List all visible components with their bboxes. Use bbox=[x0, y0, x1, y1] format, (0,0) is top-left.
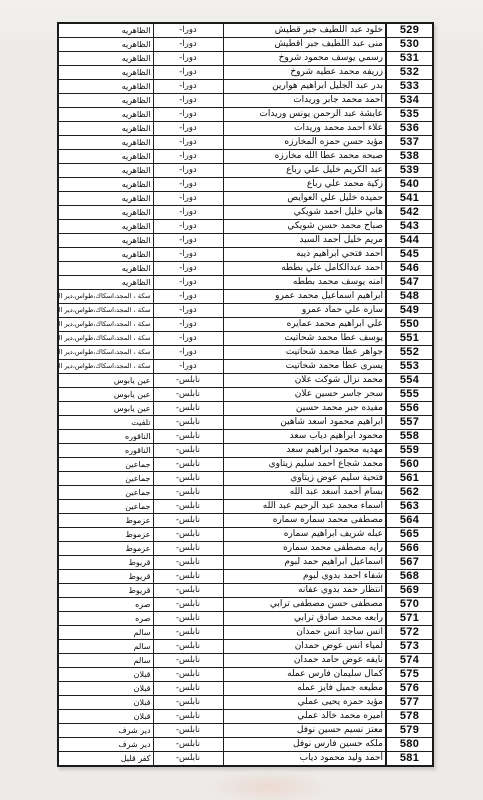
village-cell: سالم bbox=[58, 626, 153, 640]
person-name-cell: نايفه عوض حامد حمدان bbox=[223, 654, 386, 668]
village-cell: الظاهريه bbox=[58, 248, 153, 262]
person-name-cell: أحمد عبدالكامل علي بططه bbox=[223, 262, 386, 276]
city-cell: دورا- bbox=[153, 94, 223, 108]
row-number-cell: 562 bbox=[386, 486, 433, 500]
village-cell: الظاهريه bbox=[58, 52, 153, 66]
city-cell: نابلس- bbox=[153, 598, 223, 612]
person-name-cell: اسماء محمد عبد الرحيم عبد الله bbox=[223, 500, 386, 514]
table-row: الظاهريهدورا-حميده خليل علي العوايص541 bbox=[58, 192, 433, 206]
village-cell: الظاهريه bbox=[58, 38, 153, 52]
row-number-cell: 561 bbox=[386, 472, 433, 486]
village-cell: جماعين bbox=[58, 472, 153, 486]
village-cell: الظاهريه bbox=[58, 94, 153, 108]
village-cell: قريوط bbox=[58, 570, 153, 584]
table-row: دير شرفنابلس-ملكه حسين فارس نوفل580 bbox=[58, 738, 433, 752]
row-number-cell: 548 bbox=[386, 290, 433, 304]
table-row: سكة ، المجد،اسكاك،طواس،دير العسلدورا-سار… bbox=[58, 304, 433, 318]
row-number-cell: 538 bbox=[386, 150, 433, 164]
row-number-cell: 549 bbox=[386, 304, 433, 318]
person-name-cell: فتحية سليم عوض زيتاوي bbox=[223, 472, 386, 486]
person-name-cell: مؤيد حمزه يحيى عملي bbox=[223, 696, 386, 710]
city-cell: دورا- bbox=[153, 122, 223, 136]
row-number-cell: 555 bbox=[386, 388, 433, 402]
table-row: سالمنابلس-نايفه عوض حامد حمدان574 bbox=[58, 654, 433, 668]
city-cell: دورا- bbox=[153, 80, 223, 94]
village-cell: دير شرف bbox=[58, 738, 153, 752]
person-name-cell: عايشة عبد الرحمن يونس وريدات bbox=[223, 108, 386, 122]
table-row: الظاهريهدورا-مؤيد حسن حمزه المخارزه537 bbox=[58, 136, 433, 150]
table-row: سكة ، المجد،اسكاك،طواس،دير العسلدورا-علي… bbox=[58, 318, 433, 332]
village-cell: سكة ، المجد،اسكاك،طواس،دير العسل bbox=[58, 346, 153, 360]
person-name-cell: شفاء احمد بدوي لبوم bbox=[223, 570, 386, 584]
city-cell: نابلس- bbox=[153, 528, 223, 542]
table-row: الظاهريهدورا-أحمد فتحي ابراهيم ذيبه545 bbox=[58, 248, 433, 262]
village-cell: سكة ، المجد،اسكاك،طواس،دير العسل bbox=[58, 304, 153, 318]
row-number-cell: 557 bbox=[386, 416, 433, 430]
table-row: سالمنابلس-انس ساجد انس حمدان572 bbox=[58, 626, 433, 640]
village-cell: قبلان bbox=[58, 696, 153, 710]
table-row: قبلاننابلس-مطيعه جميل فايز عمله576 bbox=[58, 682, 433, 696]
person-name-cell: بدر عبد الجليل ابراهيم هوارين bbox=[223, 80, 386, 94]
village-cell: قبلان bbox=[58, 682, 153, 696]
person-name-cell: يوسف عطا محمد شحاتيت bbox=[223, 332, 386, 346]
person-name-cell: لمياء انس عوض حمدان bbox=[223, 640, 386, 654]
city-cell: دورا- bbox=[153, 66, 223, 80]
person-name-cell: أحمد وليد محمود دياب bbox=[223, 752, 386, 767]
table-row: الظاهريهدورا-خلود عبد اللطيف جبر قطيش529 bbox=[58, 23, 433, 38]
row-number-cell: 581 bbox=[386, 752, 433, 767]
village-cell: الظاهريه bbox=[58, 276, 153, 290]
city-cell: دورا- bbox=[153, 164, 223, 178]
person-name-cell: محمد شجاع احمد سليم زيتاوي bbox=[223, 458, 386, 472]
city-cell: نابلس- bbox=[153, 570, 223, 584]
row-number-cell: 542 bbox=[386, 206, 433, 220]
person-name-cell: خلود عبد اللطيف جبر قطيش bbox=[223, 23, 386, 38]
city-cell: نابلس- bbox=[153, 430, 223, 444]
city-cell: نابلس- bbox=[153, 654, 223, 668]
row-number-cell: 574 bbox=[386, 654, 433, 668]
table-row: عين يابوسنابلس-سحر جاسر حسين علان555 bbox=[58, 388, 433, 402]
person-name-cell: مريم خليل أحمد السيد bbox=[223, 234, 386, 248]
table-row: عزموطنابلس-رايه مصطفى محمد سماره566 bbox=[58, 542, 433, 556]
person-name-cell: يسرى عطا محمد شحاتيت bbox=[223, 360, 386, 374]
row-number-cell: 571 bbox=[386, 612, 433, 626]
person-name-cell: مطيعه جميل فايز عمله bbox=[223, 682, 386, 696]
table-row: جماعيننابلس-اسماء محمد عبد الرحيم عبد ال… bbox=[58, 500, 433, 514]
village-cell: الظاهريه bbox=[58, 122, 153, 136]
city-cell: نابلس- bbox=[153, 500, 223, 514]
city-cell: نابلس- bbox=[153, 542, 223, 556]
row-number-cell: 531 bbox=[386, 52, 433, 66]
row-number-cell: 530 bbox=[386, 38, 433, 52]
table-row: عين يابوسنابلس-محمد نزال شوكت علان554 bbox=[58, 374, 433, 388]
village-cell: كفر قليل bbox=[58, 752, 153, 767]
row-number-cell: 573 bbox=[386, 640, 433, 654]
village-cell: الظاهريه bbox=[58, 136, 153, 150]
person-name-cell: انس ساجد انس حمدان bbox=[223, 626, 386, 640]
village-cell: عزموط bbox=[58, 514, 153, 528]
table-row: قريوطنابلس-انتظار حمد بدوي عفانه569 bbox=[58, 584, 433, 598]
row-number-cell: 547 bbox=[386, 276, 433, 290]
village-cell: جماعين bbox=[58, 486, 153, 500]
village-cell: الظاهريه bbox=[58, 262, 153, 276]
table-row: سكة ، المجد،اسكاك،طواس،دير العسلدورا-يسر… bbox=[58, 360, 433, 374]
row-number-cell: 559 bbox=[386, 444, 433, 458]
names-list-table: الظاهريهدورا-خلود عبد اللطيف جبر قطيش529… bbox=[57, 22, 434, 767]
city-cell: دورا- bbox=[153, 206, 223, 220]
village-cell: الظاهريه bbox=[58, 220, 153, 234]
city-cell: نابلس- bbox=[153, 724, 223, 738]
city-cell: دورا- bbox=[153, 52, 223, 66]
table-row: الظاهريهدورا-أحمد عبدالكامل علي بططه546 bbox=[58, 262, 433, 276]
person-name-cell: محمود ابراهيم دياب سعد bbox=[223, 430, 386, 444]
person-name-cell: عبله شريف ابراهيم سماره bbox=[223, 528, 386, 542]
person-name-cell: بسام أحمد أسعد عبد الله bbox=[223, 486, 386, 500]
row-number-cell: 560 bbox=[386, 458, 433, 472]
city-cell: نابلس- bbox=[153, 696, 223, 710]
table-row: الظاهريهدورا-هاني خليل احمد شويكي542 bbox=[58, 206, 433, 220]
city-cell: نابلس- bbox=[153, 514, 223, 528]
person-name-cell: ملكه حسين فارس نوفل bbox=[223, 738, 386, 752]
table-row: الظاهريهدورا-منى عبد اللطيف جبر اقطيش530 bbox=[58, 38, 433, 52]
row-number-cell: 539 bbox=[386, 164, 433, 178]
person-name-cell: رسمي يوسف محمود شروخ bbox=[223, 52, 386, 66]
person-name-cell: مهديه محمود ابراهيم سعد bbox=[223, 444, 386, 458]
village-cell: جماعين bbox=[58, 458, 153, 472]
table-row: الظاهريهدورا-امنه يوسف محمد بططه547 bbox=[58, 276, 433, 290]
city-cell: دورا- bbox=[153, 346, 223, 360]
person-name-cell: زكية محمد علي رباع bbox=[223, 178, 386, 192]
row-number-cell: 552 bbox=[386, 346, 433, 360]
city-cell: نابلس- bbox=[153, 668, 223, 682]
table-row: الناقورهنابلس-محمود ابراهيم دياب سعد558 bbox=[58, 430, 433, 444]
table-row: عزموطنابلس-عبله شريف ابراهيم سماره565 bbox=[58, 528, 433, 542]
row-number-cell: 546 bbox=[386, 262, 433, 276]
person-name-cell: حميده خليل علي العوايص bbox=[223, 192, 386, 206]
village-cell: الظاهريه bbox=[58, 66, 153, 80]
village-cell: الظاهريه bbox=[58, 206, 153, 220]
person-name-cell: مؤيد حسن حمزه المخارزه bbox=[223, 136, 386, 150]
village-cell: الظاهريه bbox=[58, 23, 153, 38]
table-row: الظاهريهدورا-عايشة عبد الرحمن يونس وريدا… bbox=[58, 108, 433, 122]
row-number-cell: 540 bbox=[386, 178, 433, 192]
city-cell: نابلس- bbox=[153, 612, 223, 626]
row-number-cell: 567 bbox=[386, 556, 433, 570]
village-cell: جماعين bbox=[58, 500, 153, 514]
person-name-cell: مصطفى حسن مصطفى ترابي bbox=[223, 598, 386, 612]
person-name-cell: اسماعيل ابراهيم حمد لبوم bbox=[223, 556, 386, 570]
row-number-cell: 554 bbox=[386, 374, 433, 388]
person-name-cell: أحمد محمد جابر وريدات bbox=[223, 94, 386, 108]
row-number-cell: 535 bbox=[386, 108, 433, 122]
row-number-cell: 545 bbox=[386, 248, 433, 262]
table-row: الظاهريهدورا-صباح محمد حسن شويكي543 bbox=[58, 220, 433, 234]
village-cell: سالم bbox=[58, 654, 153, 668]
village-cell: قبلان bbox=[58, 668, 153, 682]
watermark-smudge bbox=[210, 770, 330, 800]
scanned-page: الظاهريهدورا-خلود عبد اللطيف جبر قطيش529… bbox=[0, 0, 483, 800]
village-cell: عزموط bbox=[58, 542, 153, 556]
village-cell: عين يابوس bbox=[58, 374, 153, 388]
person-name-cell: محمد نزال شوكت علان bbox=[223, 374, 386, 388]
village-cell: تلفيت bbox=[58, 416, 153, 430]
person-name-cell: منى عبد اللطيف جبر اقطيش bbox=[223, 38, 386, 52]
row-number-cell: 533 bbox=[386, 80, 433, 94]
table-row: الظاهريهدورا-علاء أحمد محمد وريدات536 bbox=[58, 122, 433, 136]
table-row: قريوطنابلس-اسماعيل ابراهيم حمد لبوم567 bbox=[58, 556, 433, 570]
person-name-cell: ابراهيم محمود اسعد شاهين bbox=[223, 416, 386, 430]
village-cell: قريوط bbox=[58, 556, 153, 570]
person-name-cell: هاني خليل احمد شويكي bbox=[223, 206, 386, 220]
village-cell: الناقوره bbox=[58, 430, 153, 444]
city-cell: نابلس- bbox=[153, 640, 223, 654]
city-cell: نابلس- bbox=[153, 374, 223, 388]
person-name-cell: كمال سليمان فارس عمله bbox=[223, 668, 386, 682]
city-cell: دورا- bbox=[153, 318, 223, 332]
city-cell: نابلس- bbox=[153, 402, 223, 416]
table-row: سكة ، المجد،اسكاك،طواس،دير العسلدورا-ابر… bbox=[58, 290, 433, 304]
city-cell: نابلس- bbox=[153, 444, 223, 458]
city-cell: نابلس- bbox=[153, 472, 223, 486]
city-cell: دورا- bbox=[153, 136, 223, 150]
row-number-cell: 579 bbox=[386, 724, 433, 738]
person-name-cell: امنه يوسف محمد بططه bbox=[223, 276, 386, 290]
city-cell: دورا- bbox=[153, 234, 223, 248]
village-cell: الناقوره bbox=[58, 444, 153, 458]
row-number-cell: 543 bbox=[386, 220, 433, 234]
row-number-cell: 534 bbox=[386, 94, 433, 108]
row-number-cell: 541 bbox=[386, 192, 433, 206]
village-cell: الظاهريه bbox=[58, 80, 153, 94]
city-cell: نابلس- bbox=[153, 584, 223, 598]
city-cell: نابلس- bbox=[153, 738, 223, 752]
table-row: سكة ، المجد،اسكاك،طواس،دير العسلدورا-يوس… bbox=[58, 332, 433, 346]
village-cell: قريوط bbox=[58, 584, 153, 598]
village-cell: عين يابوس bbox=[58, 402, 153, 416]
person-name-cell: زريفه محمد عطيه شروخ bbox=[223, 66, 386, 80]
city-cell: نابلس- bbox=[153, 416, 223, 430]
row-number-cell: 575 bbox=[386, 668, 433, 682]
village-cell: الظاهريه bbox=[58, 234, 153, 248]
city-cell: نابلس- bbox=[153, 458, 223, 472]
person-name-cell: علي ابراهيم محمد عمايره bbox=[223, 318, 386, 332]
row-number-cell: 556 bbox=[386, 402, 433, 416]
city-cell: دورا- bbox=[153, 220, 223, 234]
city-cell: نابلس- bbox=[153, 486, 223, 500]
row-number-cell: 529 bbox=[386, 23, 433, 38]
village-cell: سكة ، المجد،اسكاك،طواس،دير العسل bbox=[58, 290, 153, 304]
table-row: صرهنابلس-رابعه محمد صادق ترابي571 bbox=[58, 612, 433, 626]
village-cell: سكة ، المجد،اسكاك،طواس،دير العسل bbox=[58, 360, 153, 374]
table-row: الظاهريهدورا-مريم خليل أحمد السيد544 bbox=[58, 234, 433, 248]
row-number-cell: 577 bbox=[386, 696, 433, 710]
city-cell: دورا- bbox=[153, 150, 223, 164]
person-name-cell: رايه مصطفى محمد سماره bbox=[223, 542, 386, 556]
city-cell: دورا- bbox=[153, 23, 223, 38]
row-number-cell: 558 bbox=[386, 430, 433, 444]
village-cell: عزموط bbox=[58, 528, 153, 542]
table-row: دير شرفنابلس-معتز نسيم حسين نوفل579 bbox=[58, 724, 433, 738]
person-name-cell: معتز نسيم حسين نوفل bbox=[223, 724, 386, 738]
city-cell: دورا- bbox=[153, 304, 223, 318]
table-row: الظاهريهدورا-رسمي يوسف محمود شروخ531 bbox=[58, 52, 433, 66]
table-row: عين يابوسنابلس-مفيده جبر محمد حسين556 bbox=[58, 402, 433, 416]
table-row: سالمنابلس-لمياء انس عوض حمدان573 bbox=[58, 640, 433, 654]
table-row: جماعيننابلس-بسام أحمد أسعد عبد الله562 bbox=[58, 486, 433, 500]
city-cell: دورا- bbox=[153, 108, 223, 122]
table-row: جماعيننابلس-محمد شجاع احمد سليم زيتاوي56… bbox=[58, 458, 433, 472]
city-cell: دورا- bbox=[153, 360, 223, 374]
row-number-cell: 565 bbox=[386, 528, 433, 542]
row-number-cell: 566 bbox=[386, 542, 433, 556]
village-cell: سكة ، المجد،اسكاك،طواس،دير العسل bbox=[58, 318, 153, 332]
row-number-cell: 532 bbox=[386, 66, 433, 80]
village-cell: الظاهريه bbox=[58, 150, 153, 164]
village-cell: صره bbox=[58, 612, 153, 626]
city-cell: نابلس- bbox=[153, 388, 223, 402]
city-cell: دورا- bbox=[153, 178, 223, 192]
row-number-cell: 580 bbox=[386, 738, 433, 752]
city-cell: نابلس- bbox=[153, 556, 223, 570]
village-cell: عين يابوس bbox=[58, 388, 153, 402]
row-number-cell: 572 bbox=[386, 626, 433, 640]
city-cell: نابلس- bbox=[153, 752, 223, 767]
village-cell: سالم bbox=[58, 640, 153, 654]
person-name-cell: أحمد فتحي ابراهيم ذيبه bbox=[223, 248, 386, 262]
table-row: كفر قليلنابلس-أحمد وليد محمود دياب581 bbox=[58, 752, 433, 767]
row-number-cell: 550 bbox=[386, 318, 433, 332]
table-row: الظاهريهدورا-أحمد محمد جابر وريدات534 bbox=[58, 94, 433, 108]
village-cell: الظاهريه bbox=[58, 178, 153, 192]
city-cell: دورا- bbox=[153, 262, 223, 276]
row-number-cell: 553 bbox=[386, 360, 433, 374]
person-name-cell: انتظار حمد بدوي عفانه bbox=[223, 584, 386, 598]
person-name-cell: مفيده جبر محمد حسين bbox=[223, 402, 386, 416]
city-cell: نابلس- bbox=[153, 626, 223, 640]
village-cell: صره bbox=[58, 598, 153, 612]
city-cell: دورا- bbox=[153, 276, 223, 290]
person-name-cell: رابعه محمد صادق ترابي bbox=[223, 612, 386, 626]
city-cell: دورا- bbox=[153, 38, 223, 52]
village-cell: الظاهريه bbox=[58, 108, 153, 122]
row-number-cell: 568 bbox=[386, 570, 433, 584]
row-number-cell: 536 bbox=[386, 122, 433, 136]
row-number-cell: 576 bbox=[386, 682, 433, 696]
table-row: تلفيتنابلس-ابراهيم محمود اسعد شاهين557 bbox=[58, 416, 433, 430]
person-name-cell: مصطفى محمد سماره سماره bbox=[223, 514, 386, 528]
village-cell: الظاهريه bbox=[58, 164, 153, 178]
person-name-cell: علاء أحمد محمد وريدات bbox=[223, 122, 386, 136]
row-number-cell: 564 bbox=[386, 514, 433, 528]
row-number-cell: 569 bbox=[386, 584, 433, 598]
village-cell: سكة ، المجد،اسكاك،طواس،دير العسل bbox=[58, 332, 153, 346]
table-row: قريوطنابلس-شفاء احمد بدوي لبوم568 bbox=[58, 570, 433, 584]
table-row: سكة ، المجد،اسكاك،طواس،دير العسلدورا-جوا… bbox=[58, 346, 433, 360]
table-row: جماعيننابلس-فتحية سليم عوض زيتاوي561 bbox=[58, 472, 433, 486]
table-row: عزموطنابلس-مصطفى محمد سماره سماره564 bbox=[58, 514, 433, 528]
table-row: صرهنابلس-مصطفى حسن مصطفى ترابي570 bbox=[58, 598, 433, 612]
row-number-cell: 544 bbox=[386, 234, 433, 248]
city-cell: نابلس- bbox=[153, 682, 223, 696]
row-number-cell: 578 bbox=[386, 710, 433, 724]
city-cell: دورا- bbox=[153, 248, 223, 262]
table-row: الناقورهنابلس-مهديه محمود ابراهيم سعد559 bbox=[58, 444, 433, 458]
person-name-cell: ابراهيم اسماعيل محمد عمرو bbox=[223, 290, 386, 304]
person-name-cell: صباح محمد حسن شويكي bbox=[223, 220, 386, 234]
table-row: الظاهريهدورا-زريفه محمد عطيه شروخ532 bbox=[58, 66, 433, 80]
village-cell: قبلان bbox=[58, 710, 153, 724]
table-row: الظاهريهدورا-عبد الكريم خليل علي رباع539 bbox=[58, 164, 433, 178]
table-row: الظاهريهدورا-بدر عبد الجليل ابراهيم هوار… bbox=[58, 80, 433, 94]
row-number-cell: 563 bbox=[386, 500, 433, 514]
village-cell: الظاهريه bbox=[58, 192, 153, 206]
row-number-cell: 551 bbox=[386, 332, 433, 346]
table-row: قبلاننابلس-مؤيد حمزه يحيى عملي577 bbox=[58, 696, 433, 710]
person-name-cell: صبحه محمد عطا الله مخارزه bbox=[223, 150, 386, 164]
city-cell: دورا- bbox=[153, 290, 223, 304]
person-name-cell: ساره علي حماد عمرو bbox=[223, 304, 386, 318]
table-row: الظاهريهدورا-زكية محمد علي رباع540 bbox=[58, 178, 433, 192]
person-name-cell: اميره محمد خالد عملي bbox=[223, 710, 386, 724]
table-row: قبلاننابلس-كمال سليمان فارس عمله575 bbox=[58, 668, 433, 682]
person-name-cell: جواهر عطا محمد شحاتيت bbox=[223, 346, 386, 360]
row-number-cell: 537 bbox=[386, 136, 433, 150]
village-cell: دير شرف bbox=[58, 724, 153, 738]
city-cell: نابلس- bbox=[153, 710, 223, 724]
row-number-cell: 570 bbox=[386, 598, 433, 612]
table-row: قبلاننابلس-اميره محمد خالد عملي578 bbox=[58, 710, 433, 724]
table-row: الظاهريهدورا-صبحه محمد عطا الله مخارزه53… bbox=[58, 150, 433, 164]
city-cell: دورا- bbox=[153, 192, 223, 206]
city-cell: دورا- bbox=[153, 332, 223, 346]
person-name-cell: عبد الكريم خليل علي رباع bbox=[223, 164, 386, 178]
person-name-cell: سحر جاسر حسين علان bbox=[223, 388, 386, 402]
